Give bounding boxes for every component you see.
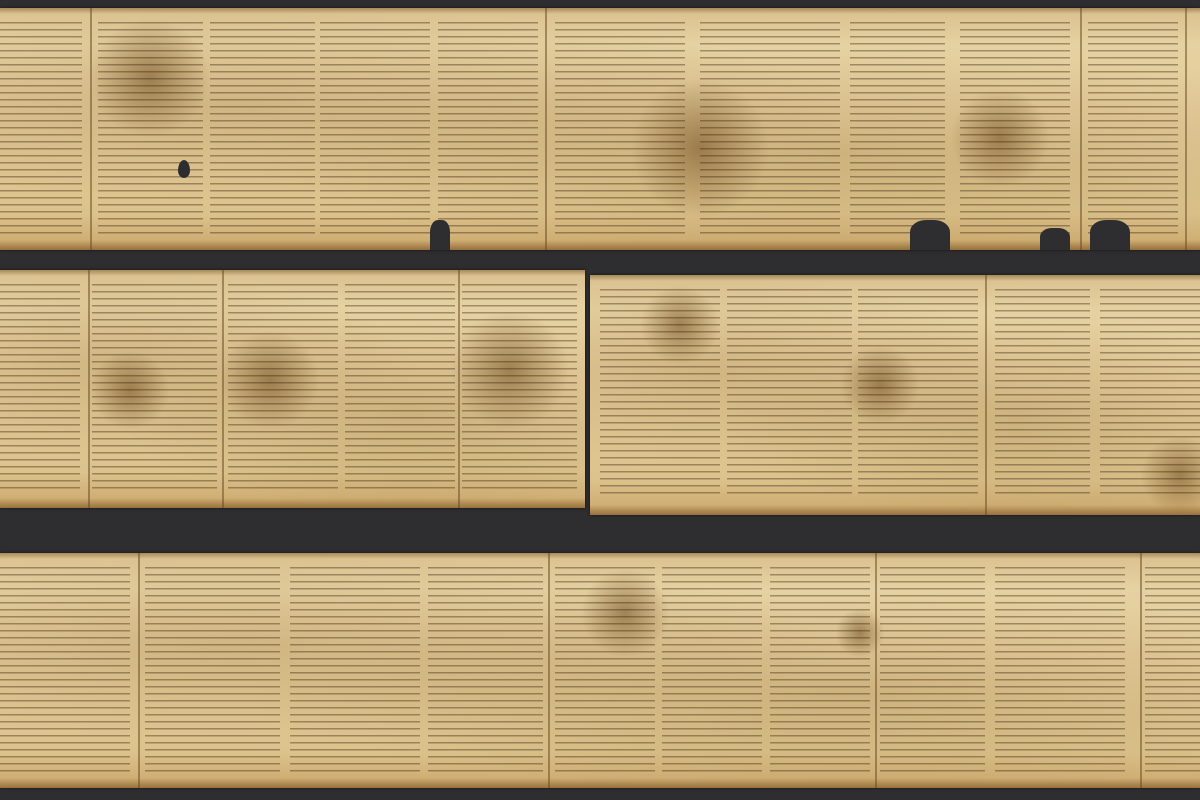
tear [430, 220, 450, 250]
sheet-seam [90, 8, 92, 250]
text-column [662, 567, 762, 772]
text-column [462, 284, 577, 492]
text-column [98, 22, 203, 234]
sheet-seam [1080, 8, 1082, 250]
text-column [1100, 289, 1200, 499]
tear [1090, 220, 1130, 250]
torn-edge [590, 275, 1200, 281]
tear [1040, 228, 1070, 250]
sheet-seam [545, 8, 547, 250]
text-column [858, 289, 978, 499]
torn-edge [0, 553, 1200, 559]
text-column [145, 567, 280, 772]
scroll-strip [0, 270, 585, 508]
sheet-seam [548, 553, 550, 788]
text-column [92, 284, 217, 492]
sheet-seam [458, 270, 460, 508]
sheet-seam [985, 275, 987, 515]
text-column [995, 289, 1090, 499]
text-column [700, 22, 840, 234]
text-column [555, 567, 655, 772]
torn-edge [0, 240, 1200, 250]
sheet-seam [1185, 8, 1187, 250]
text-column [960, 22, 1070, 234]
image-subject: Ancient Hebrew scroll fragments (Great I… [0, 0, 1, 1]
text-column [345, 284, 455, 492]
scroll-strip [590, 275, 1200, 515]
torn-edge [0, 8, 1200, 14]
hole [178, 160, 190, 178]
text-column [850, 22, 945, 234]
sheet-seam [138, 553, 140, 788]
text-column [995, 567, 1125, 772]
text-column [1145, 567, 1200, 772]
text-column [770, 567, 870, 772]
torn-edge [0, 778, 1200, 788]
sheet-seam [875, 553, 877, 788]
text-column [320, 22, 430, 234]
sheet-seam [1140, 553, 1142, 788]
torn-edge [0, 270, 585, 276]
torn-edge [590, 505, 1200, 515]
text-column [0, 22, 82, 234]
tear [910, 220, 950, 250]
text-column [0, 567, 130, 772]
text-column [555, 22, 685, 234]
scroll-strip [0, 553, 1200, 788]
torn-edge [0, 498, 585, 508]
text-column [727, 289, 852, 499]
text-column [210, 22, 315, 234]
text-column [438, 22, 538, 234]
scroll-strip [0, 8, 1200, 250]
sheet-seam [222, 270, 224, 508]
text-column [428, 567, 543, 772]
text-column [1088, 22, 1178, 234]
text-column [600, 289, 720, 499]
text-column [290, 567, 420, 772]
text-column [228, 284, 338, 492]
text-column [0, 284, 80, 492]
sheet-seam [88, 270, 90, 508]
text-column [880, 567, 985, 772]
